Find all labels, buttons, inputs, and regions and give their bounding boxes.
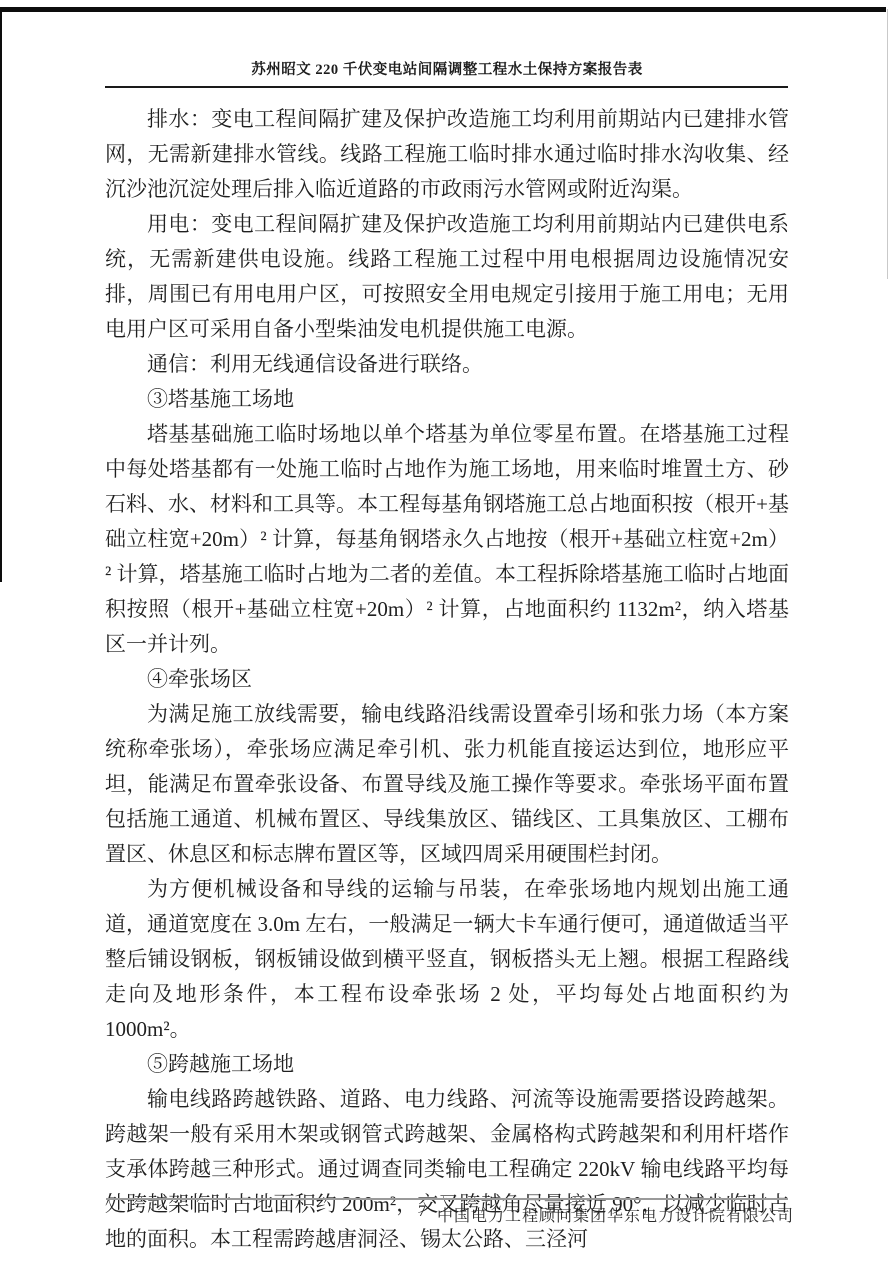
footer-rule — [106, 1198, 788, 1200]
section-heading-crossing-site: ⑤跨越施工场地 — [105, 1047, 789, 1082]
paragraph-tower-base-site: 塔基基础施工临时场地以单个塔基为单位零星布置。在塔基施工过程中每处塔基都有一处施… — [105, 417, 789, 662]
paragraph-power-supply: 用电：变电工程间隔扩建及保护改造施工均利用前期站内已建供电系统，无需新建供电设施… — [105, 207, 789, 347]
paragraph-tension-field-layout: 为满足施工放线需要，输电线路沿线需设置牵引场和张力场（本方案统称牵张场），牵张场… — [105, 697, 789, 872]
document-body: 排水：变电工程间隔扩建及保护改造施工均利用前期站内已建排水管网，无需新建排水管线… — [105, 102, 789, 1257]
scan-artifact-left-line — [0, 7, 2, 582]
section-heading-tension-field: ④牵张场区 — [105, 662, 789, 697]
footer-company-name: 中国电力工程顾问集团华东电力设计院有限公司 — [437, 1203, 794, 1226]
section-heading-tower-base-site: ③塔基施工场地 — [105, 382, 789, 417]
paragraph-crossing-site: 输电线路跨越铁路、道路、电力线路、河流等设施需要搭设跨越架。跨越架一般有采用木架… — [105, 1082, 789, 1257]
scan-artifact-top-bar — [0, 7, 886, 12]
paragraph-communication: 通信：利用无线通信设备进行联络。 — [105, 347, 789, 382]
page-number: 7 — [418, 1203, 426, 1221]
document-page: 苏州昭文 220 千伏变电站间隔调整工程水土保持方案报告表 排水：变电工程间隔扩… — [0, 0, 892, 1262]
page-header-title: 苏州昭文 220 千伏变电站间隔调整工程水土保持方案报告表 — [106, 58, 788, 79]
page-footer: 7 中国电力工程顾问集团华东电力设计院有限公司 — [106, 1203, 790, 1227]
scan-artifact-right-line — [887, 9, 888, 279]
paragraph-construction-channel: 为方便机械设备和导线的运输与吊装，在牵张场地内规划出施工通道，通道宽度在 3.0… — [105, 872, 789, 1047]
paragraph-drainage: 排水：变电工程间隔扩建及保护改造施工均利用前期站内已建排水管网，无需新建排水管线… — [105, 102, 789, 207]
header-rule — [105, 86, 788, 88]
